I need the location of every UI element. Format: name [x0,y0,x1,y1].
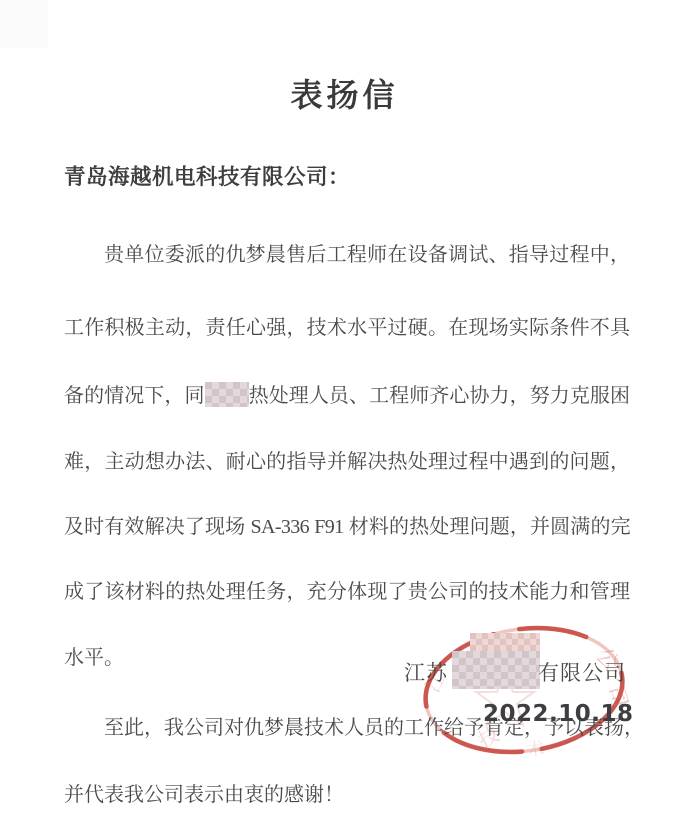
letter-title: 表扬信 [0,70,689,116]
body-line-9: 并代表我公司表示由衷的感谢！ [64,782,630,809]
body-line-5: 及时有效解决了现场 SA-336 F91 材料的热处理问题，并圆满的完 [64,514,630,541]
body-line-3-pre: 备的情况下，同 [64,385,205,407]
redaction-mosaic-signature [452,651,540,689]
body-line-1: 贵单位委派的仇梦晨售后工程师在设备调试、指导过程中， [64,242,630,269]
signature-company-suffix: 有限公司 [538,657,626,687]
body-line-3: 备的情况下，同热处理人员、工程师齐心协力，努力克服困 [64,382,630,410]
body-line-6: 成了该材料的热处理任务，充分体现了贵公司的技术能力和管理 [64,579,630,606]
body-line-4: 难，主动想办法、耐心的指导并解决热处理过程中遇到的问题， [64,449,630,476]
signature-date: 2022.10.18 [483,701,634,727]
signature-company-prefix: 江苏 [404,657,448,687]
redaction-mosaic-company [205,382,249,407]
company-seal: 公 司 江 技 术 [395,590,655,790]
scan-artifact [0,0,48,48]
body-line-2: 工作积极主动，责任心强，技术水平过硬。在现场实际条件不具 [64,315,630,342]
commendation-letter-page: 表扬信 青岛海越机电科技有限公司： 贵单位委派的仇梦晨售后工程师在设备调试、指导… [0,0,689,813]
body-line-3-post: 热处理人员、工程师齐心协力，努力克服困 [249,385,630,407]
salutation: 青岛海越机电科技有限公司： [64,160,350,191]
